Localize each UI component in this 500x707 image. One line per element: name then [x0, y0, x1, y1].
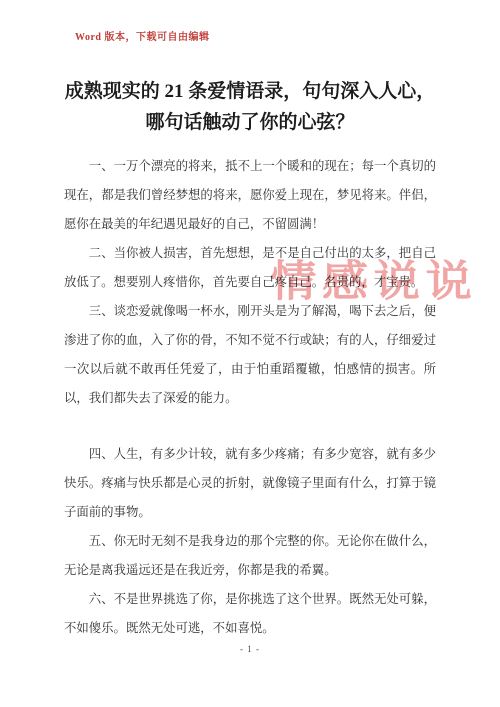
- quote-paragraph-5: 五、你无时无刻不是我身边的那个完整的你。无论你在做什么，无论是离我遥远还是在我近…: [64, 527, 436, 585]
- quote-paragraph-3: 三、谈恋爱就像喝一杯水，刚开头是为了解渴，喝下去之后，便渗进了你的血，入了你的骨…: [64, 297, 436, 413]
- page-number: - 1 -: [0, 644, 500, 654]
- document-title: 成熟现实的 21 条爱情语录，句句深入人心，哪句话触动了你的心弦？: [59, 76, 441, 138]
- document-body: 一、一万个漂亮的将来，抵不上一个暖和的现在；每一个真切的现在，都是我们曾经梦想的…: [64, 152, 436, 643]
- quote-paragraph-2: 二、当你被人损害，首先想想，是不是自己付出的太多，把自己放低了。想要别人疼惜你，…: [64, 239, 436, 297]
- quote-paragraph-4: 四、人生，有多少计较，就有多少疼痛；有多少宽容，就有多少快乐。疼痛与快乐都是心灵…: [64, 440, 436, 527]
- word-edit-note: Word 版本，下载可自由编辑: [75, 28, 209, 43]
- document-page[interactable]: Word 版本，下载可自由编辑 成熟现实的 21 条爱情语录，句句深入人心，哪句…: [0, 0, 500, 707]
- quote-paragraph-6: 六、不是世界挑选了你，是你挑选了这个世界。既然无处可躲，不如傻乐。既然无处可逃，…: [64, 585, 436, 643]
- quote-paragraph-1: 一、一万个漂亮的将来，抵不上一个暖和的现在；每一个真切的现在，都是我们曾经梦想的…: [64, 152, 436, 239]
